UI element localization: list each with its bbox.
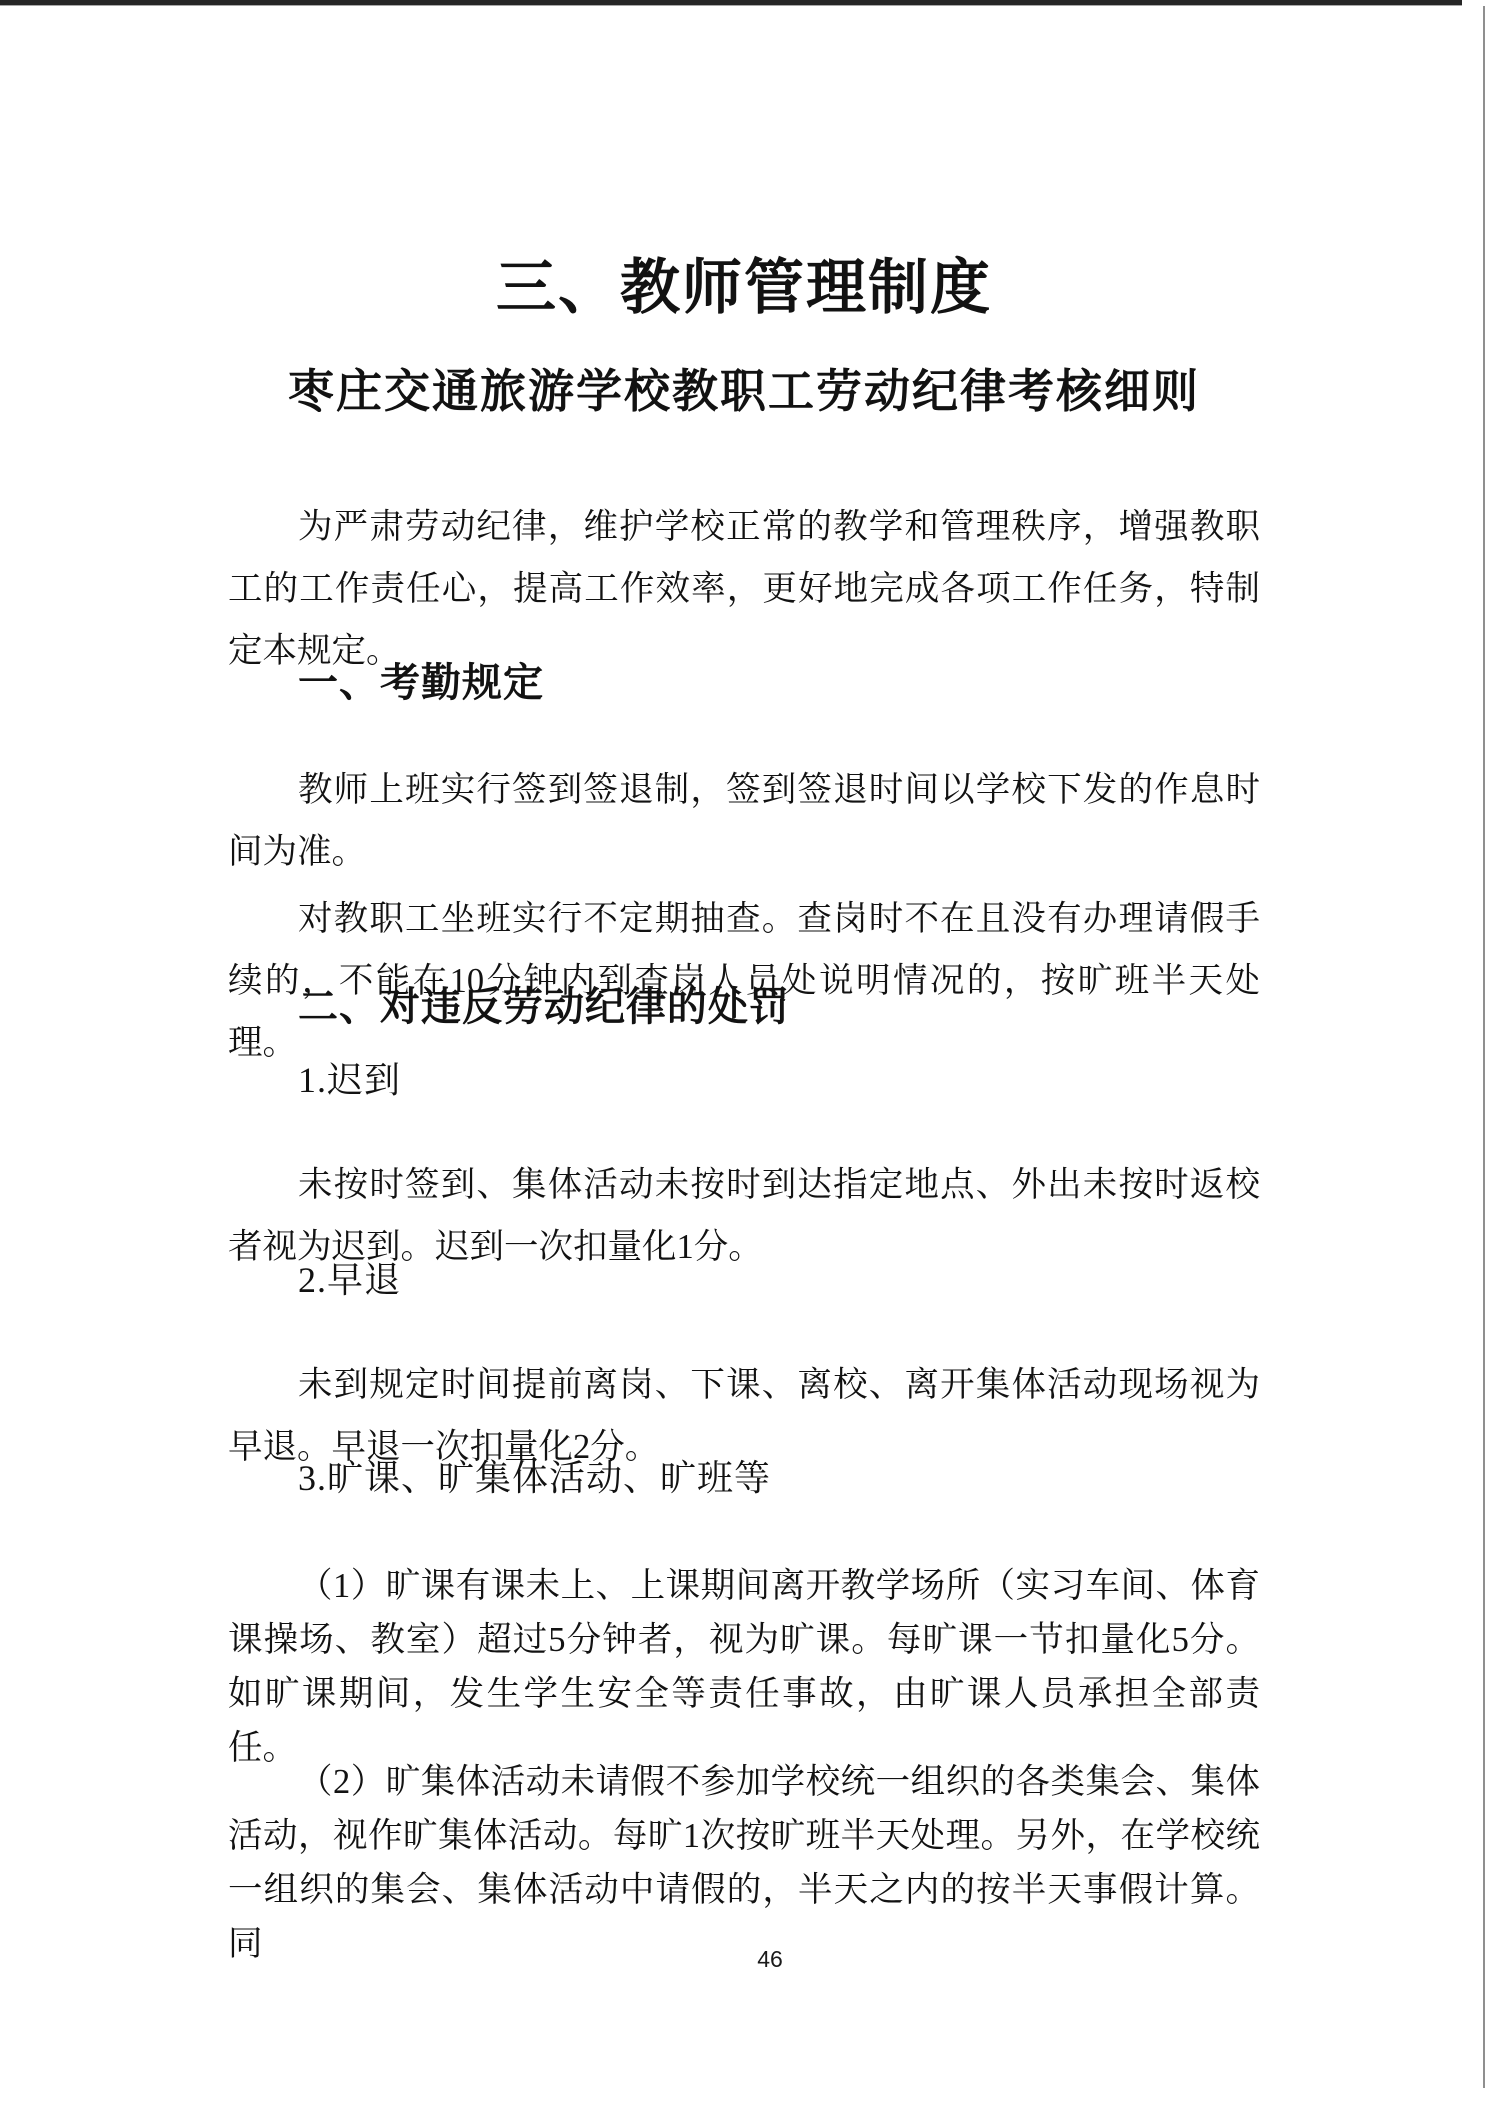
document-page: 三、教师管理制度 枣庄交通旅游学校教职工劳动纪律考核细则 为严肃劳动纪律，维护学… <box>0 0 1488 2104</box>
document-title: 三、教师管理制度 <box>0 252 1488 324</box>
document-subtitle: 枣庄交通旅游学校教职工劳动纪律考核细则 <box>0 364 1488 420</box>
item-label-absence: 3.旷课、旷集体活动、旷班等 <box>228 1457 1260 1499</box>
attendance-paragraph-spotcheck: 对教职工坐班实行不定期抽查。查岗时不在且没有办理请假手续的，不能在10分钟内到查… <box>228 888 1260 1074</box>
section-heading-attendance: 一、考勤规定 <box>228 663 1260 703</box>
scan-top-edge <box>0 0 1462 6</box>
absence-paragraph-activity: （2）旷集体活动未请假不参加学校统一组织的各类集会、集体活动，视作旷集体活动。每… <box>228 1755 1260 1971</box>
item-label-leave-early: 2.早退 <box>228 1259 1260 1301</box>
page-number: 46 <box>0 1946 1488 1972</box>
item-label-late: 1.迟到 <box>228 1059 1260 1101</box>
intro-paragraph: 为严肃劳动纪律，维护学校正常的教学和管理秩序，增强教职工的工作责任心，提高工作效… <box>228 496 1260 682</box>
section-heading-penalties: 二、对违反劳动纪律的处罚 <box>228 987 1260 1027</box>
absence-paragraph-class: （1）旷课有课未上、上课期间离开教学场所（实习车间、体育课操场、教室）超过5分钟… <box>228 1559 1260 1775</box>
attendance-paragraph-signin: 教师上班实行签到签退制，签到签退时间以学校下发的作息时间为准。 <box>228 759 1260 883</box>
